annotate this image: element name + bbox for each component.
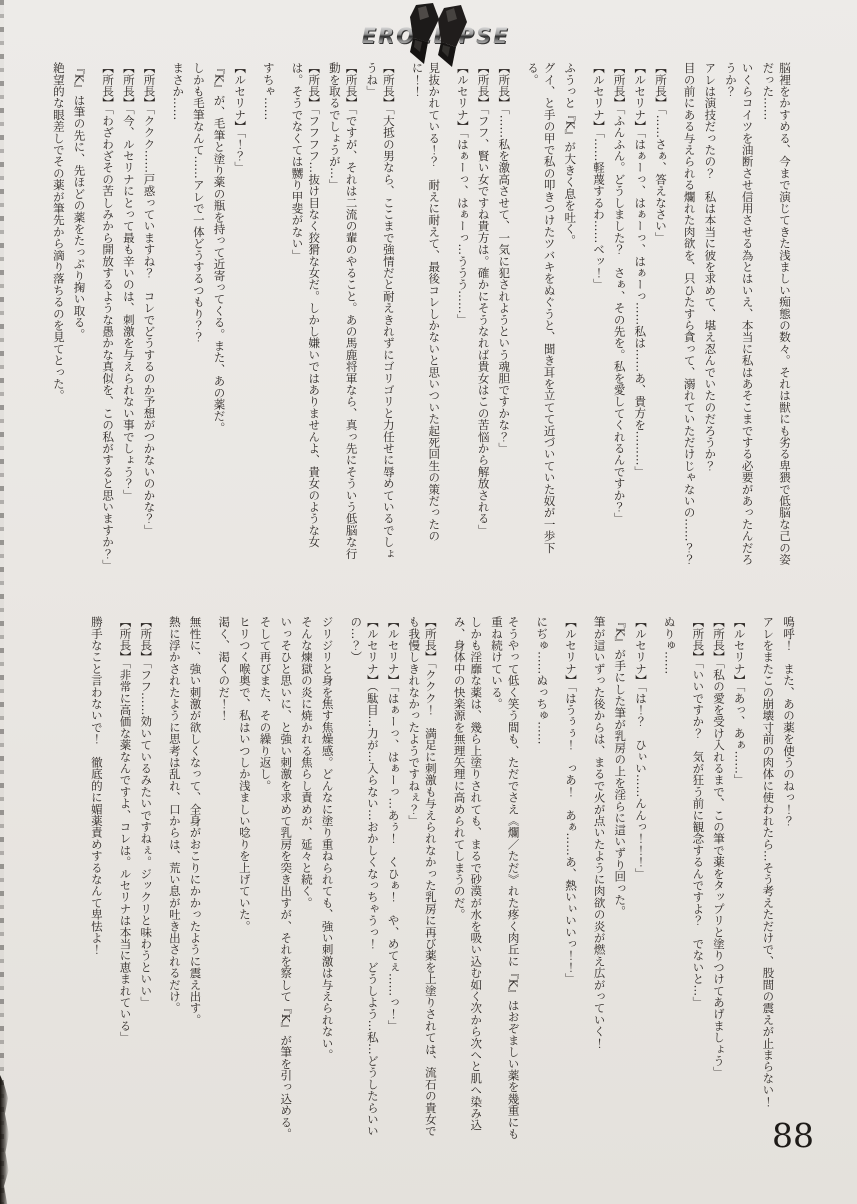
text-column-paragraph: そんな煉獄の炎に焼かれる焦らし責めが、延々と続く。	[298, 616, 315, 1140]
text-column-paragraph: 【所長】「ククク！ 満足に刺激も与えられなかった乳房に再び薬を上塗りされては、流…	[406, 616, 439, 1140]
text-column-paragraph: 【所長】「ふんふん。どうしました？ さぁ、その先を。私を愛してくれるんですか？」	[611, 62, 628, 570]
text-column-paragraph: 【ルセリナ】「はうぅぅ！ っあ！ あぁ……あ、熱いぃいいっ！！」	[562, 616, 579, 1140]
text-block-bottom: 鳴呼！ また、あの薬を使うのねっ！？アレをまたこの崩壊寸前の肉体に使われたら…そ…	[37, 616, 797, 1140]
text-column-paragraph: 【所長】「わざわざその苦しみから開放するような愚かな真似を、この私がすると思いま…	[100, 62, 117, 570]
text-column-paragraph: 勝手なこと言わないで！ 徹底的に媚薬責めするなんて卑怯よ！	[88, 616, 105, 1140]
text-column-paragraph: そして再びまた、その繰り返し。	[257, 616, 274, 1140]
text-column-paragraph: 【ルセリナ】「……軽蔑するわ……ベッ！」	[590, 62, 607, 570]
scan-smudge-artifact	[0, 1075, 9, 1204]
text-column-paragraph: 脳裡をかすめる、今まで演じてきた浅ましい痴態の数々。それは獣にも劣る卑猥で低脳な…	[760, 62, 793, 570]
text-column-paragraph: ヒリつく喉奥で、私はいつしか浅ましい唸りを上げていた。	[236, 616, 253, 1140]
text-block-top: 脳裡をかすめる、今まで演じてきた浅ましい痴態の数々。それは獣にも劣る卑猥で低脳な…	[38, 62, 793, 570]
text-column-paragraph: しかも毛筆なんて……アレで一体どうするつもり？？	[190, 62, 207, 570]
text-column-paragraph: 【ルセリナ】「！？」	[232, 62, 249, 570]
text-column-paragraph: 【ルセリナ】「は！？ ひぃい……んんっ！！！」	[632, 616, 649, 1140]
text-column-paragraph: ふうっと『K』が大きく息を吐く。	[562, 62, 579, 570]
text-column-paragraph: 【所長】「非常に高価な薬なんですよ、コレは。ルセリナは本当に恵まれている」	[117, 616, 134, 1140]
text-column-paragraph: グイ、と手の甲で私の叩きつけたツバキをぬぐうと、聞き耳を立てて近づいていた奴が一…	[524, 62, 557, 570]
text-column-paragraph: 【ルセリナ】「はぁーっ、はぁーっ、はぁーっ……私は……あ、貴方を………」	[632, 62, 649, 570]
text-column-paragraph: 【所長】「大抵の男なら、ここまで強情だと耐えきれずにゴリゴリと力任せに辱めている…	[364, 62, 397, 570]
text-column-paragraph: にぢゅ……ぬっちゅ……	[534, 616, 551, 1140]
text-column-paragraph: 無性に、強い刺激が欲しくなって、全身がおこりにかかったように震え出す。	[187, 616, 204, 1140]
text-column-paragraph: 【所長】「私の愛を受け入れるまで、この筆で薬をタップリと塗りつけてあげましょう」	[710, 616, 727, 1140]
text-column-paragraph: 【ルセリナ】「はぁーっ、はぁーっ…ううう……」	[454, 62, 471, 570]
text-column-paragraph: 【所長】「フフ、賢い女ですね貴方は。確かにそうなれば貴女はこの苦悩から解放される…	[475, 62, 492, 570]
page-number: 88	[763, 1116, 823, 1155]
text-column-paragraph: ジリジリと身を焦す焦燥感。どんなに塗り重ねられても、強い刺激は与えられない。	[319, 616, 336, 1140]
text-column-paragraph: 『K』が、毛筆と塗り薬の瓶を持って近寄ってくる。また、あの薬だ。	[211, 62, 228, 570]
text-column-paragraph: 目の前にある与えられる爛れた肉欲を、只ひたすら貪って、溺れていただけじゃないの……	[681, 62, 698, 570]
text-column-paragraph: 【所長】「ククク……戸惑っていますね？ コレでどうするのか予想がつかないのかな？…	[141, 62, 158, 570]
text-column-paragraph: アレをまたこの崩壊寸前の肉体に使われたら…そう考えただけで、股間の震えが止まらな…	[760, 616, 777, 1140]
text-column-paragraph: 熱に浮かされたように思考は乱れ、口からは、荒い息が吐き出されるだけ。	[166, 616, 183, 1140]
text-column-paragraph: 見抜かれている！？ 耐えに耐えて、最後コレしかないと思いついた起死回生の策だった…	[409, 62, 442, 570]
text-column-paragraph: 【ルセリナ】「はぁーっ、はぁーっ…あぅ！ くひぁ！ や、めてぇ……っ！」	[385, 616, 402, 1140]
text-column-paragraph: 【所長】「ですが、それは二流の輩のやること。あの馬鹿将軍なら、真っ先にそういう低…	[326, 62, 359, 570]
text-column-paragraph: 【ルセリナ】「あっ、あぁ……」	[731, 616, 748, 1140]
text-column-paragraph: 絶望的な眼差しでその薬が筆先から滴り落ちるのを見てとった。	[50, 62, 67, 570]
scanned-novel-page: EROCLIPSE 脳裡をかすめる、今まで演じてきた浅ましい痴態の数々。それは獣…	[0, 0, 857, 1204]
text-column-paragraph: 筆が這いずった後からは、まるで火が点いたように肉欲の炎が燃え広がっていく！	[591, 616, 608, 1140]
text-column-paragraph: すちゃ……	[260, 62, 277, 570]
text-column-paragraph: 【所長】「いいですか？ 気が狂う前に観念するんですよ？ でないと…」	[690, 616, 707, 1140]
text-column-paragraph: 【所長】「今、ルセリナにとって最も辛いのは、刺激を与えられない事でしょう？」	[120, 62, 137, 570]
text-column-paragraph: いっそひと思いに、と強い刺激を求めて乳房を突き出すが、それを察して『K』が筆を引…	[278, 616, 295, 1140]
text-column-paragraph: 『K』は筆の先に、先ほどの薬をたっぷり掬い取る。	[71, 62, 88, 570]
text-column-paragraph: 【ルセリナ】（駄目…力が…入らない…おかしくなっちゃうっ！ どうしよう…私…どう…	[348, 616, 381, 1140]
text-column-paragraph: ぬりゅ……	[661, 616, 678, 1140]
text-column-paragraph: 【所長】「……私を激高させて、一気に犯されようという魂胆ですかな？」	[496, 62, 513, 570]
text-column-paragraph: アレは演技だったの？ 私は本当に彼を求めて、堪え忍んでいたのだろうか？	[702, 62, 719, 570]
text-column-paragraph: しかも淫靡な薬は、幾ら上塗りされても、まるで砂漠が水を吸い込む如く次から次へと肌…	[451, 616, 484, 1140]
crystal-emblem-icon	[338, 2, 533, 68]
text-column-paragraph: 【所長】「……さぁ、答えなさい」	[652, 62, 669, 570]
text-column-paragraph: 鳴呼！ また、あの薬を使うのねっ！？	[780, 616, 797, 1140]
text-column-paragraph: 【所長】「フフフフ…抜け目なく狡猾な女だ。しかし嫌いではありませんよ、貴女のよう…	[289, 62, 322, 570]
text-column-paragraph: そうやって低く笑う間も、ただでさえ《爛／ただ》れた疼く肉丘に『K』はおぞましい薬…	[488, 616, 521, 1140]
text-column-paragraph: 『K』が手にした筆が乳房の上を淫らに這いずり回った。	[612, 616, 629, 1140]
scan-binding-edge	[0, 0, 4, 1204]
text-column-paragraph: 渇く、渇くのだ！！	[216, 616, 233, 1140]
text-column-paragraph: 【所長】「フフ……効いているみたいですねぇ。ジックリと味わうといい」	[138, 616, 155, 1140]
text-column-paragraph: まさか……	[170, 62, 187, 570]
text-column-paragraph: いくらコイツを油断させ信用させる為とはいえ、本当に私はあそこまでする必要があった…	[722, 62, 755, 570]
eroclipse-logo: EROCLIPSE	[338, 2, 533, 68]
